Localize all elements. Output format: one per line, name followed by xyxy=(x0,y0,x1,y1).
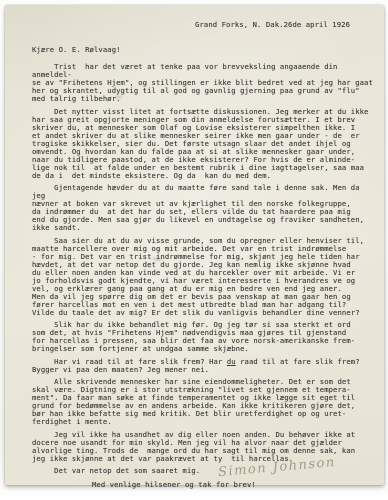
paragraph-6: Har vi raad til at fare slik frem? Har d… xyxy=(32,358,374,374)
closing-line: Med venlige hilsener og tak for brev! xyxy=(32,481,374,489)
dateline: Grand Forks, N. Dak.26de april 1926 xyxy=(32,21,374,29)
ink-smudge xyxy=(165,65,168,68)
letter-page: Grand Forks, N. Dak.26de april 1926 Kjær… xyxy=(5,5,384,485)
paragraph-7: Alle skrivende mennesker har sine eiendo… xyxy=(32,378,374,426)
ink-smudge xyxy=(115,95,122,99)
paragraph-4: Saa sier du at du av visse grunde, som d… xyxy=(32,237,374,317)
paragraph-6-underlined-word: du xyxy=(227,357,236,366)
paragraph-5: Slik har du ikke behandlet mig før. Og j… xyxy=(32,321,374,353)
paragraph-3: Gjentagende hævder du at du maatte føre … xyxy=(32,184,374,232)
paragraph-1: Trist har det været at tenke paa vor bre… xyxy=(32,63,374,103)
salutation: Kjære O. E. Rølvaag! xyxy=(32,46,374,54)
ink-smudge xyxy=(153,257,162,261)
letter-scan: Grand Forks, N. Dak.26de april 1926 Kjær… xyxy=(0,0,388,500)
paragraph-2: Det nytter visst litet at fortsætte disk… xyxy=(32,108,374,180)
